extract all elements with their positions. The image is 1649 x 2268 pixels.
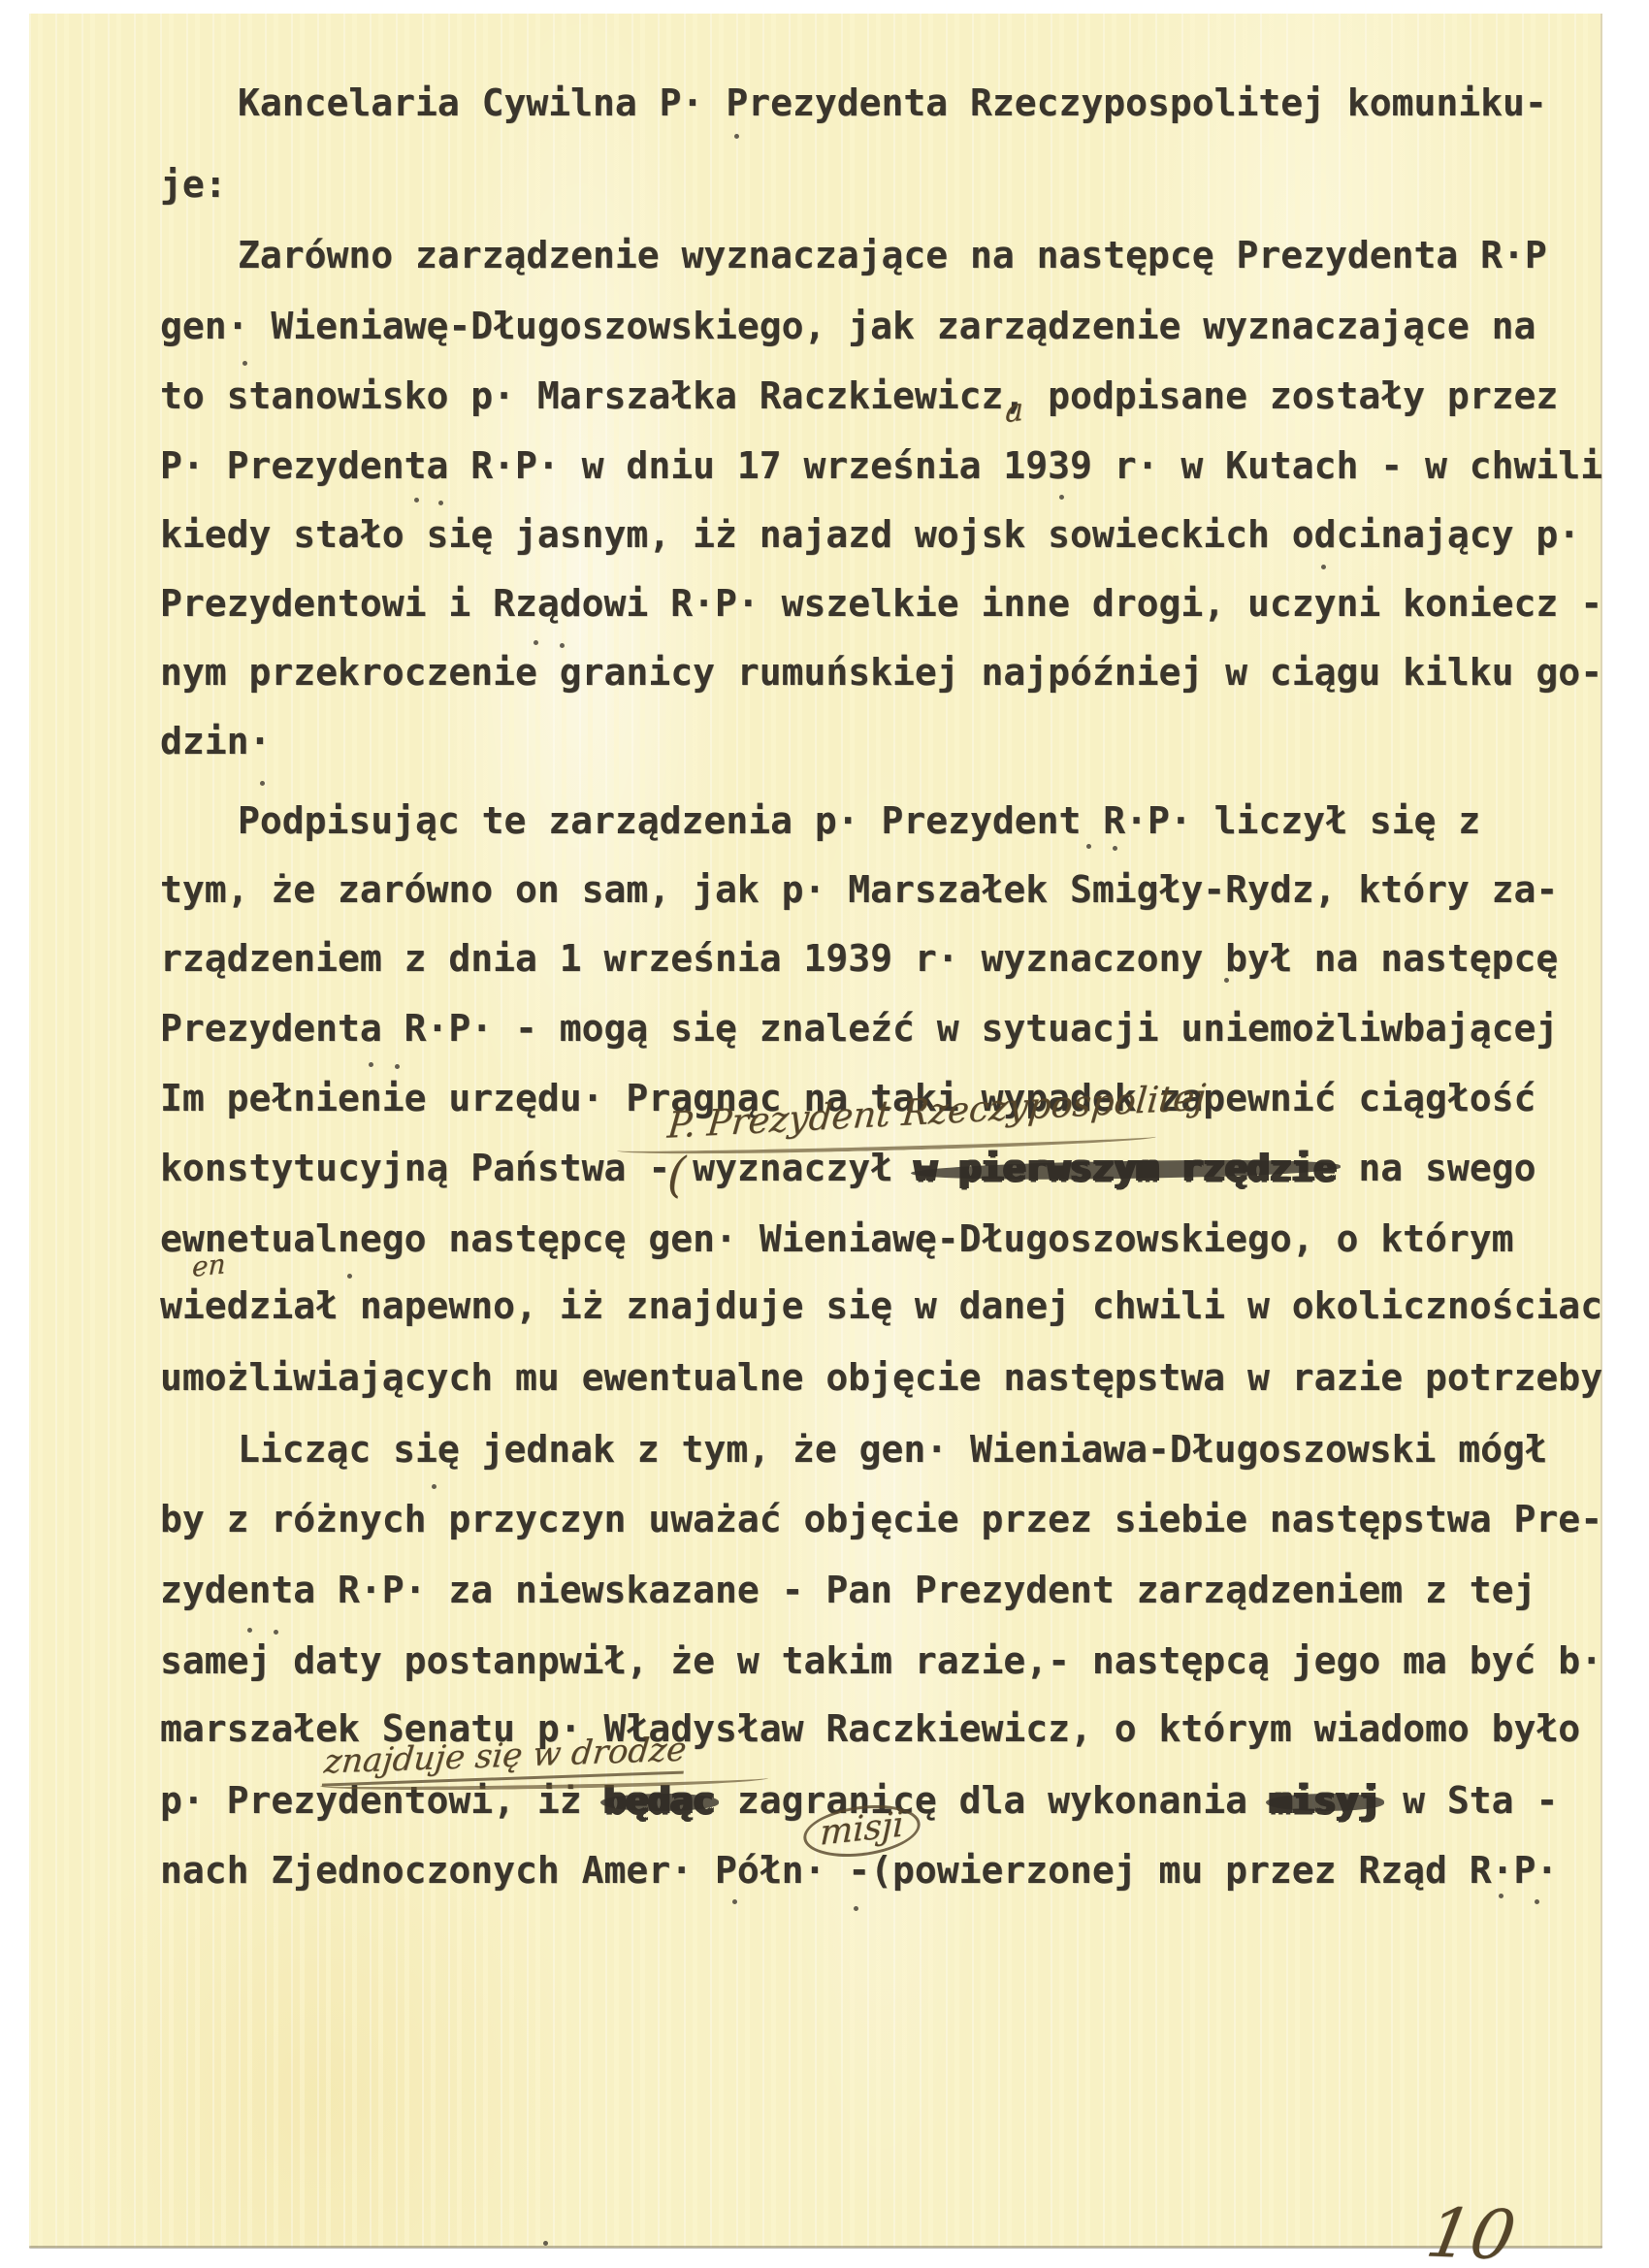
text-segment: dzin·: [160, 720, 271, 762]
text-segment: zagranicę dla wykonania: [715, 1779, 1270, 1822]
text-line: rządzeniem z dnia 1 września 1939 r· wyz…: [160, 939, 1558, 978]
text-line: nach Zjednoczonych Amer· Półn· -(powierz…: [160, 1851, 1558, 1890]
text-segment: nym przekroczenie granicy rumuńskiej naj…: [160, 651, 1602, 694]
text-line: zydenta R·P· za niewskazane - Pan Prezyd…: [160, 1571, 1536, 1609]
handwritten-en-correction: en: [192, 1247, 227, 1283]
text-segment: zydenta R·P· za niewskazane - Pan Prezyd…: [160, 1569, 1536, 1611]
text-line: Prezydenta R·P· - mogą się znaleźć w syt…: [160, 1009, 1558, 1048]
text-segment: konstytucyjną Państwa - wyznaczył: [160, 1147, 915, 1189]
text-segment: na swego: [1337, 1147, 1536, 1189]
text-segment: kiedy stało się jasnym, iż najazd wojsk …: [160, 513, 1580, 556]
text-line: je:: [160, 165, 227, 204]
text-segment: wiedział napewno, iż znajduje się w dane…: [160, 1284, 1602, 1327]
text-line: wiedział napewno, iż znajduje się w dane…: [160, 1286, 1602, 1325]
text-segment: je:: [160, 163, 227, 206]
text-segment: Podpisując te zarządzenia p· Prezydent R…: [238, 799, 1480, 842]
text-segment: umożliwiających mu ewentualne objęcie na…: [160, 1356, 1602, 1399]
text-line: samej daty postanpwił, że w takim razie,…: [160, 1641, 1602, 1680]
text-segment: Licząc się jednak z tym, że gen· Wieniaw…: [238, 1428, 1547, 1471]
text-segment: Kancelaria Cywilna P· Prezydenta Rzeczyp…: [238, 81, 1547, 124]
text-line: kiedy stało się jasnym, iż najazd wojsk …: [160, 515, 1580, 554]
handwritten-paren: (: [666, 1148, 687, 1204]
text-line: P· Prezydenta R·P· w dniu 17 września 19…: [160, 446, 1602, 485]
text-line: Kancelaria Cywilna P· Prezydenta Rzeczyp…: [238, 83, 1547, 122]
text-line: Zarówno zarządzenie wyznaczające na nast…: [238, 236, 1547, 275]
text-line: Licząc się jednak z tym, że gen· Wieniaw…: [238, 1430, 1547, 1469]
text-segment: ewnetualnego następcę gen· Wieniawę-Dług…: [160, 1217, 1514, 1260]
text-segment: Prezydenta R·P· - mogą się znaleźć w syt…: [160, 1007, 1558, 1050]
text-segment: P· Prezydenta R·P· w dniu 17 września 19…: [160, 444, 1602, 487]
struck-out-text: misyj: [1270, 1779, 1380, 1822]
text-line: umożliwiających mu ewentualne objęcie na…: [160, 1358, 1602, 1397]
text-line: Podpisując te zarządzenia p· Prezydent R…: [238, 801, 1480, 840]
text-line: dzin·: [160, 722, 271, 761]
page-number: 10: [1421, 2193, 1521, 2268]
text-segment: w Sta -: [1380, 1779, 1558, 1822]
handwritten-correction-a: a: [1005, 390, 1023, 430]
text-line: ewnetualnego następcę gen· Wieniawę-Dług…: [160, 1219, 1514, 1258]
text-line: to stanowisko p· Marszałka Raczkiewicz, …: [160, 376, 1558, 415]
text-segment: by z różnych przyczyn uważać objęcie prz…: [160, 1498, 1602, 1540]
text-line: gen· Wieniawę-Długoszowskiego, jak zarzą…: [160, 307, 1536, 345]
text-segment: to stanowisko p· Marszałka Raczkiewicz, …: [160, 374, 1558, 417]
text-segment: gen· Wieniawę-Długoszowskiego, jak zarzą…: [160, 305, 1536, 347]
struck-out-text: w pierwszym rzędzie: [915, 1147, 1337, 1189]
text-line: tym, że zarówno on sam, jak p· Marszałek…: [160, 870, 1558, 909]
text-line: nym przekroczenie granicy rumuńskiej naj…: [160, 653, 1602, 692]
text-segment: tym, że zarówno on sam, jak p· Marszałek…: [160, 868, 1558, 911]
text-segment: Prezydentowi i Rządowi R·P· wszelkie inn…: [160, 582, 1602, 625]
scanned-page: Kancelaria Cywilna P· Prezydenta Rzeczyp…: [0, 0, 1649, 2268]
text-line: Prezydentowi i Rządowi R·P· wszelkie inn…: [160, 584, 1602, 623]
text-segment: Zarówno zarządzenie wyznaczające na nast…: [238, 234, 1547, 276]
text-line: by z różnych przyczyn uważać objęcie prz…: [160, 1500, 1602, 1539]
text-segment: rządzeniem z dnia 1 września 1939 r· wyz…: [160, 937, 1558, 980]
text-line: konstytucyjną Państwa - wyznaczył w pier…: [160, 1149, 1536, 1187]
text-segment: samej daty postanpwił, że w takim razie,…: [160, 1639, 1602, 1682]
